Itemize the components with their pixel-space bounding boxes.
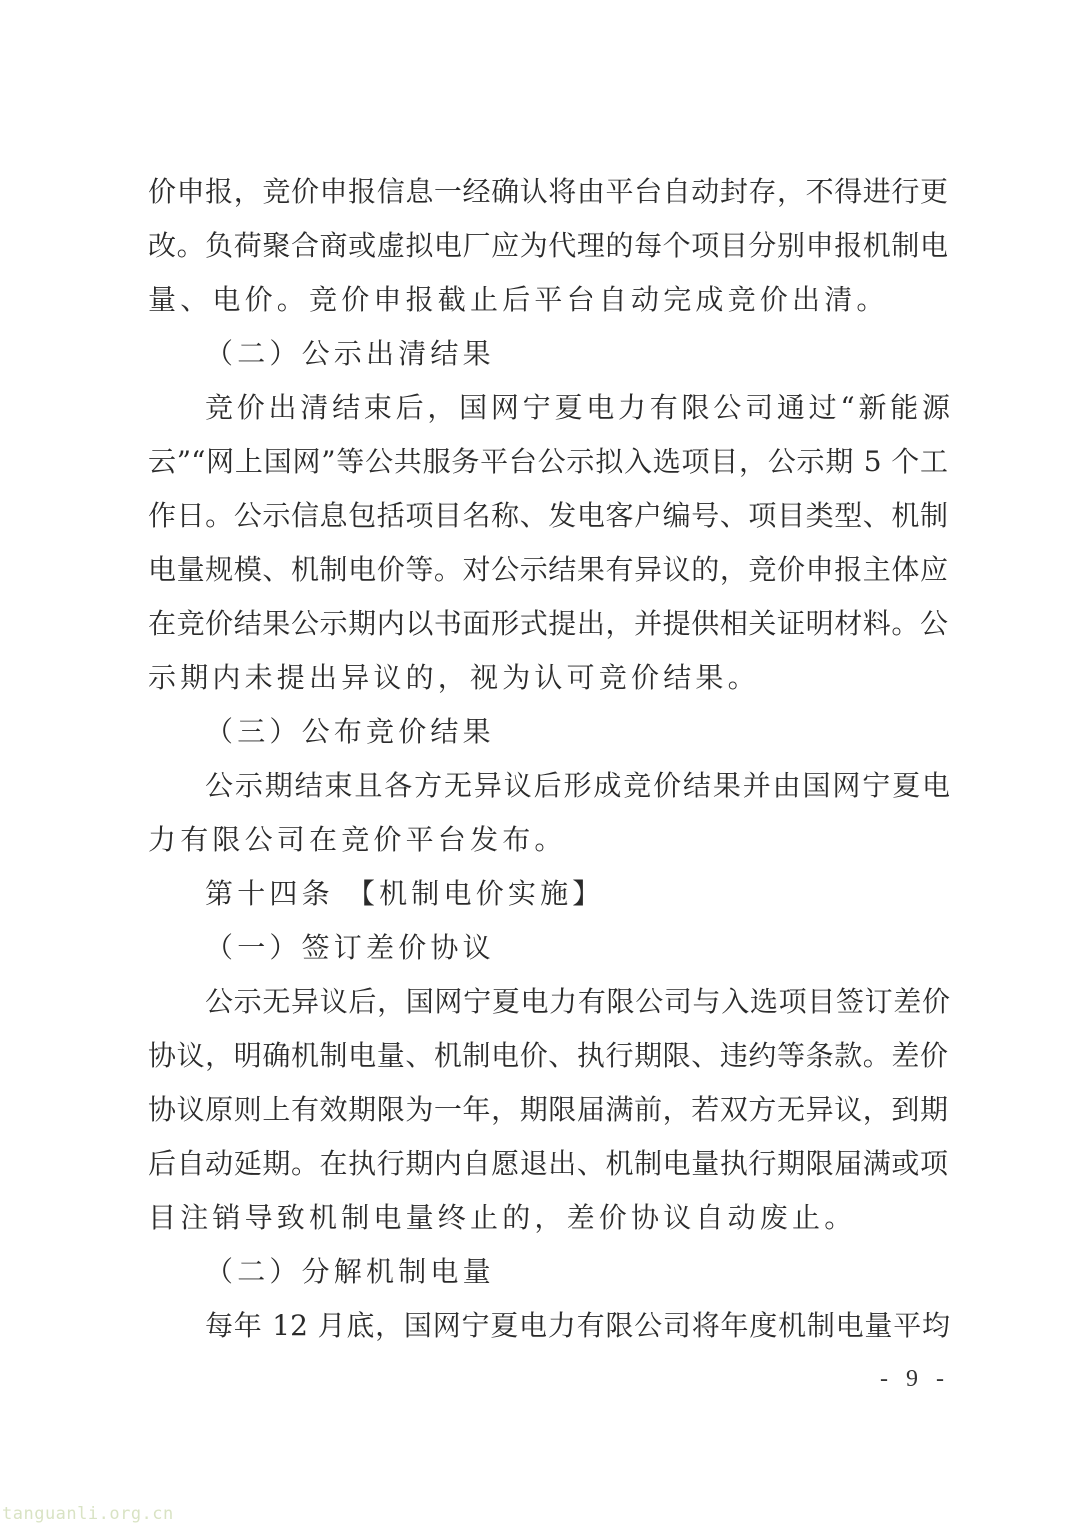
article-heading-14: 第十四条 【机制电价实施】 — [205, 874, 950, 914]
document-page: 价申报，竞价申报信息一经确认将由平台自动封存，不得进行更 改。负荷聚合商或虚拟电… — [0, 0, 1080, 1527]
section-heading-announce-bidding-results: （三）公布竞价结果 — [205, 712, 950, 752]
text-line-2: 改。负荷聚合商或虚拟电厂应为代理的每个项目分别申报机制电 — [148, 226, 948, 266]
text-line-8: 电量规模、机制电价等。对公示结果有异议的，竞价申报主体应 — [148, 550, 948, 590]
text-line-6: 云”“网上国网”等公共服务平台公示拟入选项目，公示期 5 个工 — [148, 442, 948, 482]
text-line-22: 每年 12 月底，国网宁夏电力有限公司将年度机制电量平均 — [205, 1306, 950, 1346]
text-line-9: 在竞价结果公示期内以书面形式提出，并提供相关证明材料。公 — [148, 604, 948, 644]
text-line-17: 协议，明确机制电量、机制电价、执行期限、违约等条款。差价 — [148, 1036, 948, 1076]
text-line-20: 目注销导致机制电量终止的，差价协议自动废止。 — [148, 1198, 948, 1238]
text-line-1: 价申报，竞价申报信息一经确认将由平台自动封存，不得进行更 — [148, 172, 948, 212]
text-line-5: 竞价出清结束后，国网宁夏电力有限公司通过“新能源 — [205, 388, 950, 428]
text-line-7: 作日。公示信息包括项目名称、发电客户编号、项目类型、机制 — [148, 496, 948, 536]
text-line-18: 协议原则上有效期限为一年，期限届满前，若双方无异议，到期 — [148, 1090, 948, 1130]
text-line-19: 后自动延期。在执行期内自愿退出、机制电量执行期限届满或项 — [148, 1144, 948, 1184]
watermark: tanguanli.org.cn — [2, 1504, 174, 1524]
section-heading-publicize-clearing-results: （二）公示出清结果 — [205, 334, 950, 374]
section-heading-sign-agreement: （一）签订差价协议 — [205, 928, 950, 968]
text-line-16: 公示无异议后，国网宁夏电力有限公司与入选项目签订差价 — [205, 982, 950, 1022]
page-number: - 9 - — [880, 1366, 950, 1393]
section-heading-decompose-mechanism-power: （二）分解机制电量 — [205, 1252, 950, 1292]
text-line-3: 量、电价。竞价申报截止后平台自动完成竞价出清。 — [148, 280, 948, 320]
text-line-13: 力有限公司在竞价平台发布。 — [148, 820, 948, 860]
text-line-12: 公示期结束且各方无异议后形成竞价结果并由国网宁夏电 — [205, 766, 950, 806]
text-line-10: 示期内未提出异议的，视为认可竞价结果。 — [148, 658, 948, 698]
